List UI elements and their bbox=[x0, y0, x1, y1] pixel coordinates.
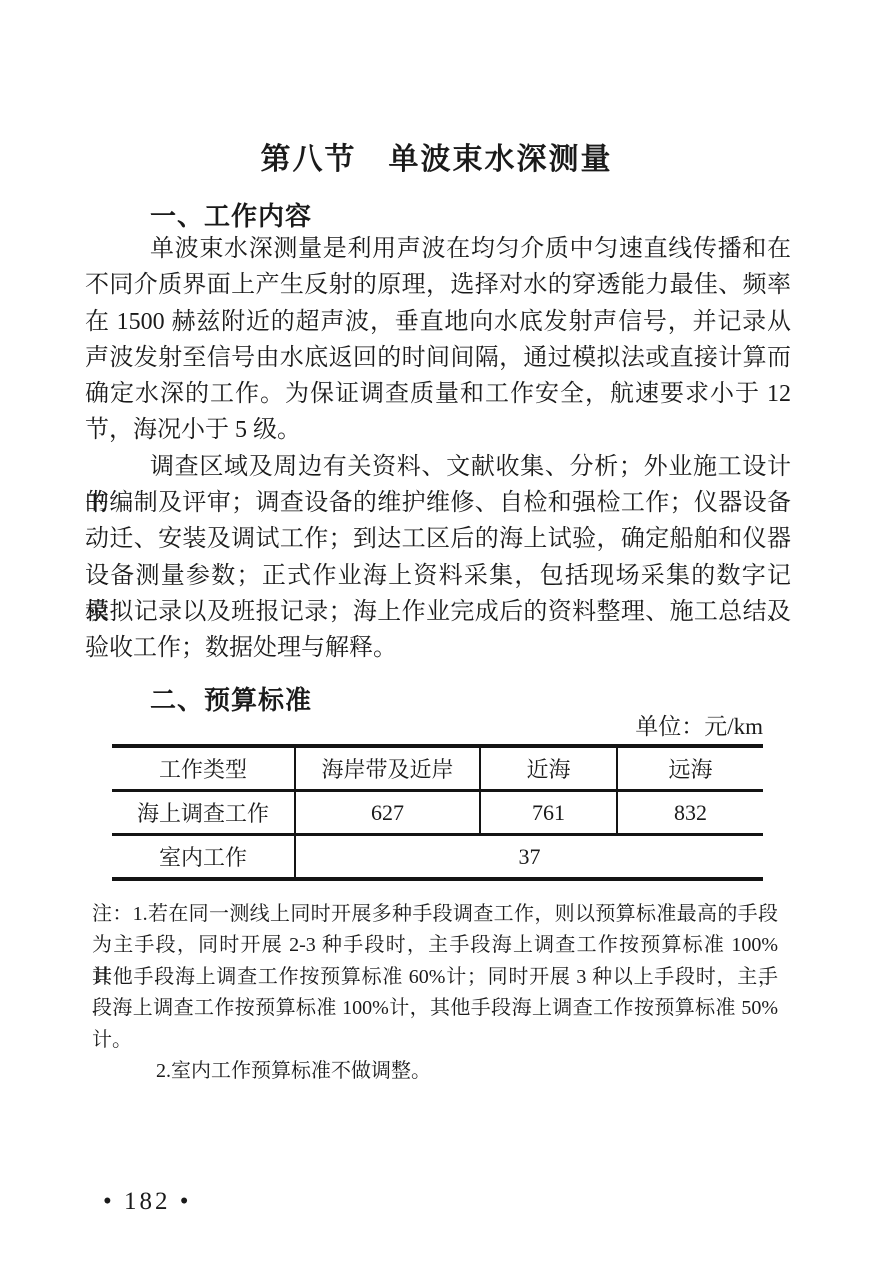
body-line: 单波束水深测量是利用声波在均匀介质中匀速直线传播和在 bbox=[85, 231, 791, 267]
note-line: 计。 bbox=[92, 1025, 778, 1056]
body-line: 在 1500 赫兹附近的超声波，垂直地向水底发射声信号，并记录从 bbox=[85, 304, 791, 340]
body-line: 声波发射至信号由水底返回的时间间隔，通过模拟法或直接计算而 bbox=[85, 340, 791, 376]
table-cell-value: 832 bbox=[617, 791, 763, 835]
table-header-row: 工作类型 海岸带及近岸 近海 远海 bbox=[112, 746, 763, 791]
table-header-cell: 近海 bbox=[480, 746, 617, 791]
table-cell-value: 627 bbox=[295, 791, 480, 835]
notes-block: 注：1.若在同一测线上同时开展多种手段调查工作，则以预算标准最高的手段 为主手段… bbox=[92, 899, 778, 1087]
page-title: 第八节 单波束水深测量 bbox=[0, 134, 873, 178]
note-line: 注：1.若在同一测线上同时开展多种手段调查工作，则以预算标准最高的手段 bbox=[92, 899, 778, 930]
document-page: 第八节 单波束水深测量 一、工作内容 单波束水深测量是利用声波在均匀介质中匀速直… bbox=[0, 0, 873, 1276]
table-cell-row-label: 室内工作 bbox=[112, 835, 295, 880]
table-row: 室内工作 37 bbox=[112, 835, 763, 880]
note-line: 段海上调查工作按预算标准 100%计，其他手段海上调查工作按预算标准 50% bbox=[92, 993, 778, 1024]
body-line: 调查区域及周边有关资料、文献收集、分析；外业施工设计书 bbox=[85, 449, 791, 485]
body-paragraphs: 单波束水深测量是利用声波在均匀介质中匀速直线传播和在 不同介质界面上产生反射的原… bbox=[85, 231, 791, 667]
note-line: 为主手段，同时开展 2-3 种手段时，主手段海上调查工作按预算标准 100%计， bbox=[92, 930, 778, 961]
table-header-cell: 工作类型 bbox=[112, 746, 295, 791]
body-line: 模拟记录以及班报记录；海上作业完成后的资料整理、施工总结及 bbox=[85, 594, 791, 630]
body-line: 验收工作；数据处理与解释。 bbox=[85, 630, 791, 666]
heading-work-content: 一、工作内容 bbox=[150, 196, 312, 233]
table-cell-row-label: 海上调查工作 bbox=[112, 791, 295, 835]
note-line: 2.室内工作预算标准不做调整。 bbox=[92, 1056, 778, 1087]
body-line: 节，海况小于 5 级。 bbox=[85, 412, 791, 448]
table-header-cell: 远海 bbox=[617, 746, 763, 791]
budget-table: 工作类型 海岸带及近岸 近海 远海 海上调查工作 627 761 832 室内工… bbox=[112, 744, 763, 881]
body-line: 的编制及评审；调查设备的维护维修、自检和强检工作；仪器设备 bbox=[85, 485, 791, 521]
page-number: • 182 • bbox=[103, 1188, 192, 1216]
body-line: 不同介质界面上产生反射的原理，选择对水的穿透能力最佳、频率 bbox=[85, 267, 791, 303]
heading-budget-standard: 二、预算标准 bbox=[150, 680, 312, 717]
table-header-cell: 海岸带及近岸 bbox=[295, 746, 480, 791]
table-cell-value: 761 bbox=[480, 791, 617, 835]
body-line: 确定水深的工作。为保证调查质量和工作安全，航速要求小于 12 bbox=[85, 376, 791, 412]
body-line: 设备测量参数；正式作业海上资料采集，包括现场采集的数字记录、 bbox=[85, 558, 791, 594]
note-line: 其他手段海上调查工作按预算标准 60%计；同时开展 3 种以上手段时，主手 bbox=[92, 962, 778, 993]
body-line: 动迁、安装及调试工作；到达工区后的海上试验，确定船舶和仪器 bbox=[85, 521, 791, 557]
unit-label: 单位：元/km bbox=[463, 708, 763, 741]
table-row: 海上调查工作 627 761 832 bbox=[112, 791, 763, 835]
table-cell-merged-value: 37 bbox=[295, 835, 763, 880]
